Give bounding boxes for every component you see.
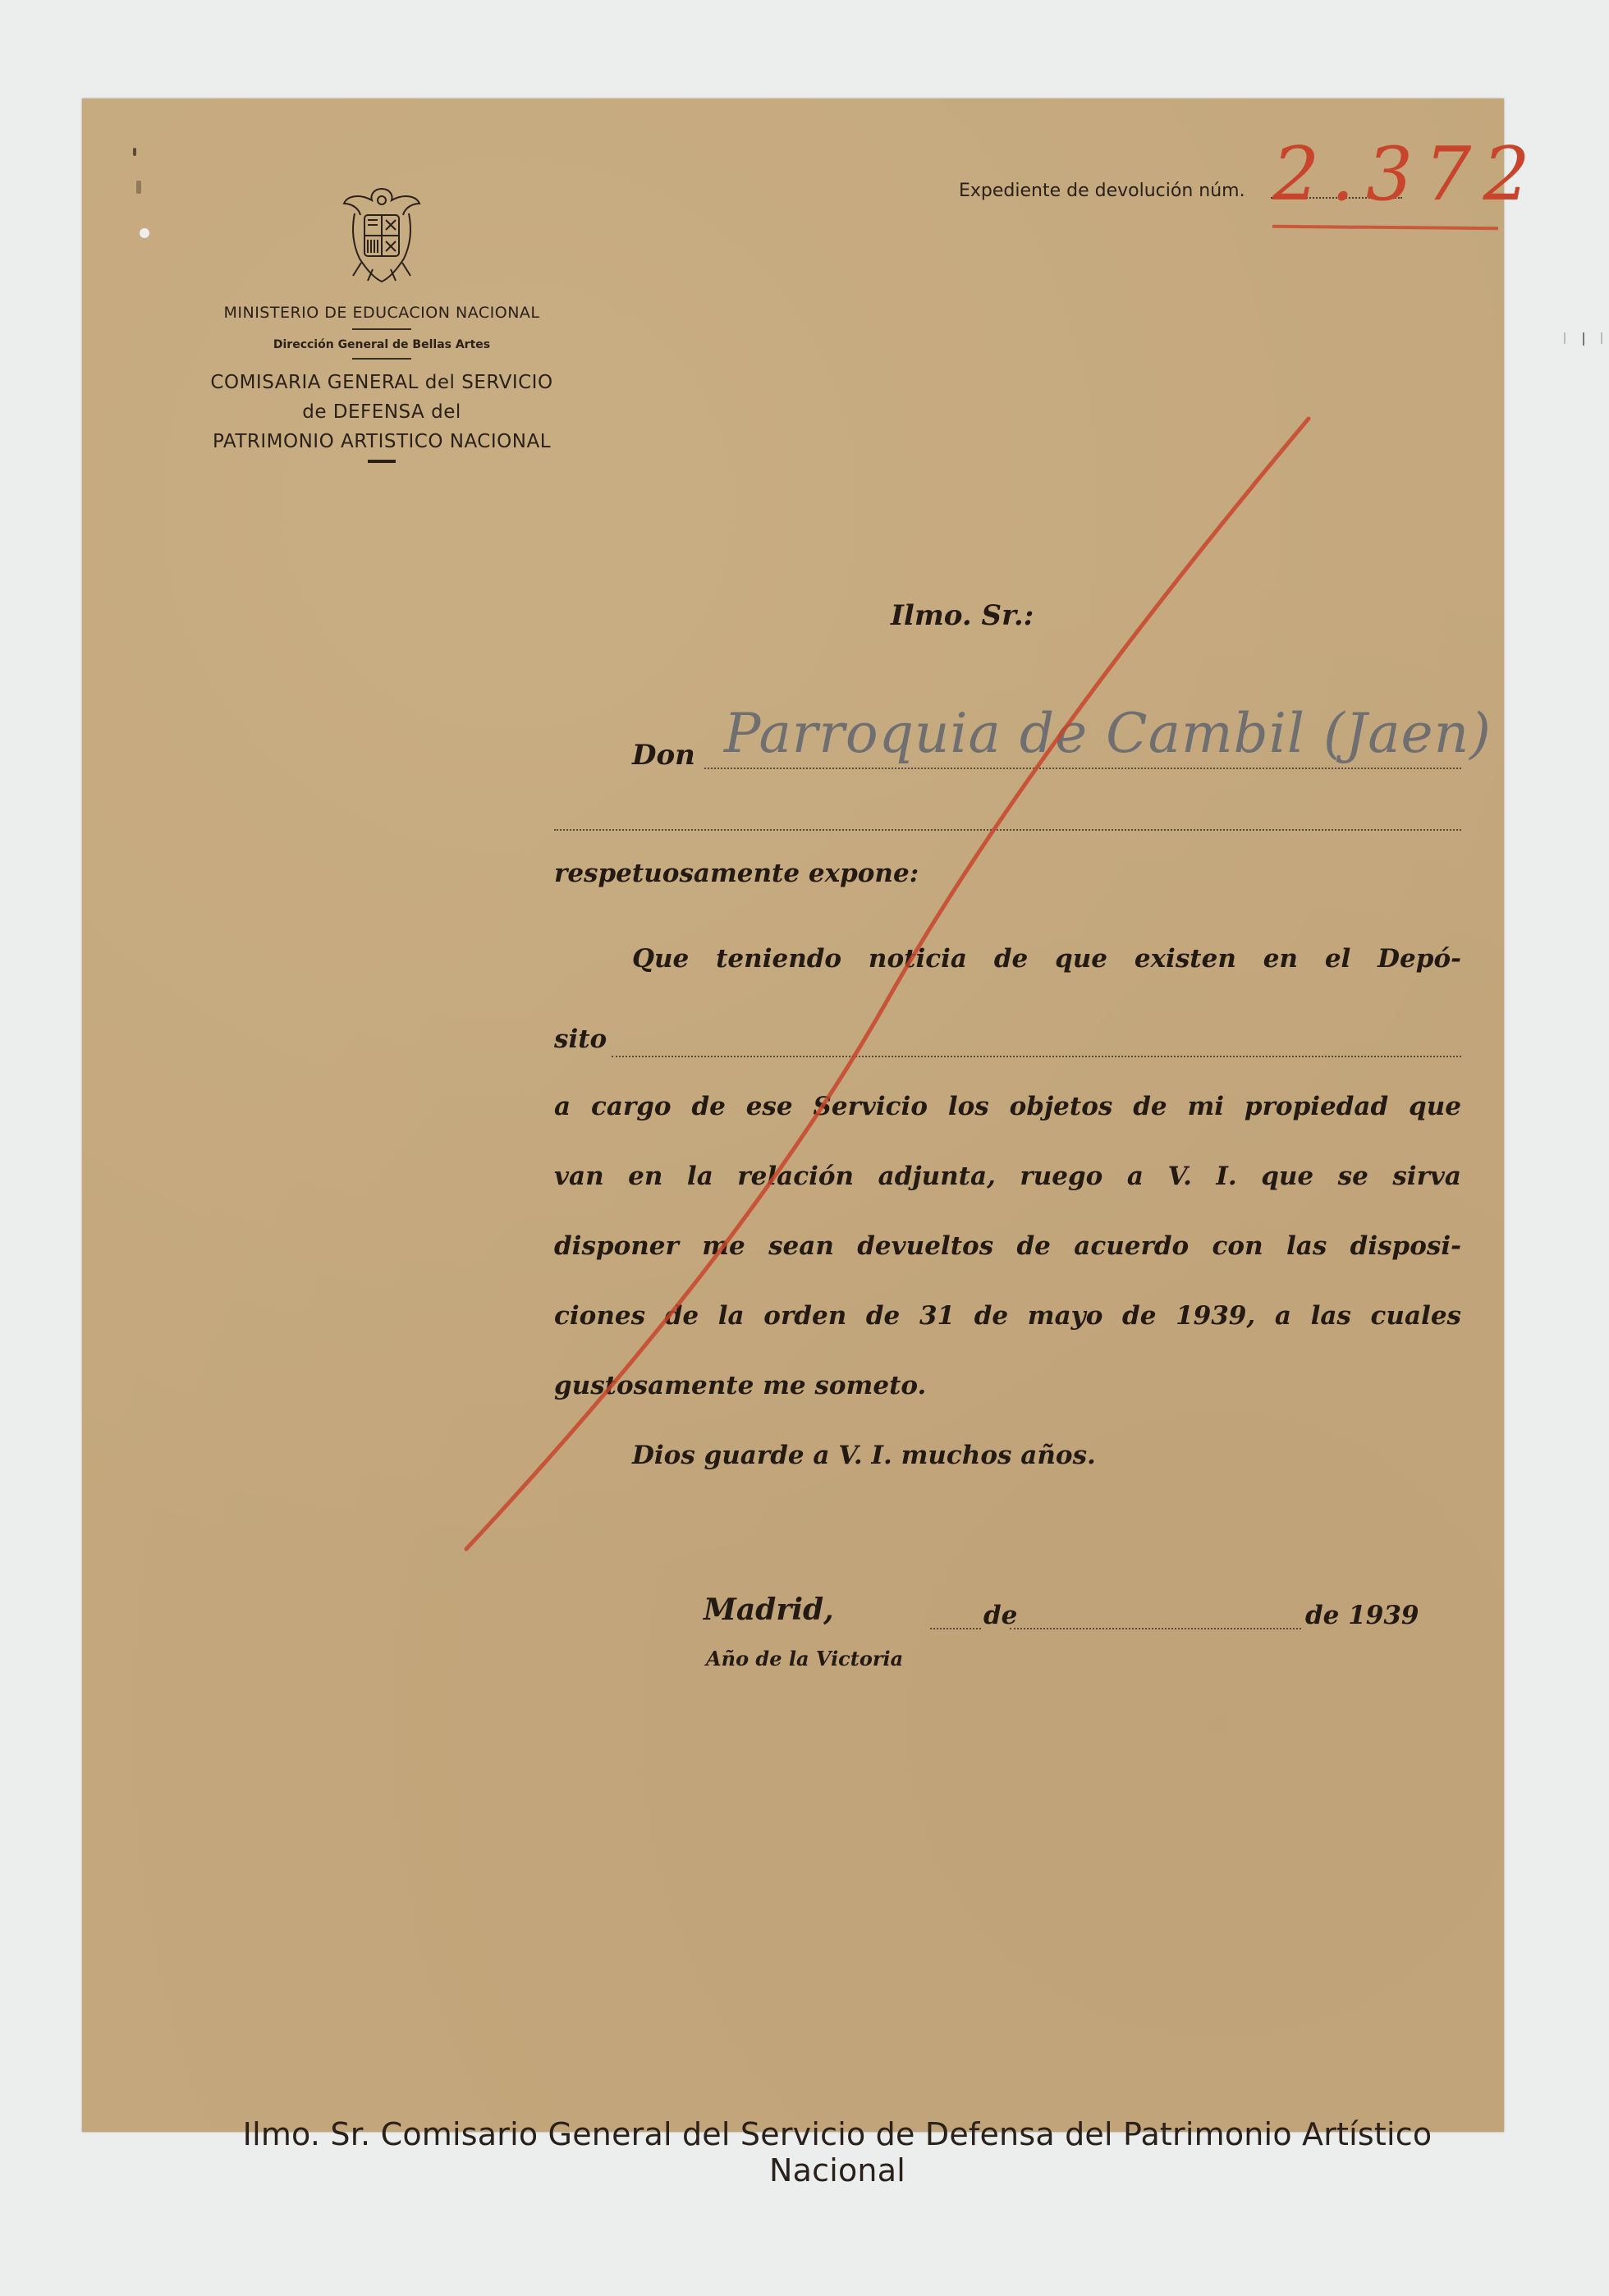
scan-mark [1564, 332, 1565, 344]
body-line: a cargo de ese Servicio los objetos de m… [554, 1092, 1461, 1121]
scan-mark [1601, 332, 1602, 344]
salutation: Ilmo. Sr.: [891, 599, 1034, 632]
body-line: Que teniendo noticia de que existen en e… [632, 944, 1461, 974]
date-year: de 1939 [1305, 1601, 1419, 1630]
binding-hole [140, 228, 149, 238]
closing: Dios guarde a V. I. muchos años. [632, 1441, 1096, 1470]
don-dotted-line [704, 768, 1461, 769]
letterhead: MINISTERIO DE EDUCACION NACIONAL Direcci… [189, 304, 575, 463]
motto: Año de la Victoria [706, 1647, 903, 1670]
expediente-number: 2.372 [1272, 131, 1542, 218]
comisaria-line: de DEFENSA del [189, 397, 575, 427]
petitioner-name-field[interactable]: Parroquia de Cambil (Jaen) [724, 702, 1492, 765]
comisaria-line: COMISARIA GENERAL del SERVICIO [189, 368, 575, 397]
comisaria-line: PATRIMONIO ARTISTICO NACIONAL [189, 427, 575, 456]
date-city: Madrid, [704, 1593, 834, 1627]
body-line: ciones de la orden de 31 de mayo de 1939… [554, 1301, 1461, 1331]
divider [352, 328, 411, 330]
ministry-name: MINISTERIO DE EDUCACION NACIONAL [189, 304, 575, 322]
body-line: disponer me sean devueltos de acuerdo co… [554, 1231, 1461, 1261]
expediente-underline [1272, 225, 1498, 230]
body-line: van en la relación adjunta, ruego a V. I… [554, 1162, 1461, 1191]
divider [352, 358, 411, 360]
body-intro: respetuosamente expone: [554, 859, 919, 888]
body-line: gustosamente me someto. [554, 1371, 926, 1400]
document-page: MINISTERIO DE EDUCACION NACIONAL Direcci… [82, 99, 1504, 2132]
don-dotted-line-2 [554, 829, 1461, 831]
scan-mark [1583, 332, 1584, 346]
footer-addressee: Ilmo. Sr. Comisario General del Servicio… [197, 2116, 1478, 2188]
direccion-name: Dirección General de Bellas Artes [189, 338, 575, 351]
date-de: de [983, 1601, 1017, 1630]
expediente-label: Expediente de devolución núm. [959, 181, 1245, 201]
binding-hole-mark [136, 181, 141, 194]
date-month-field[interactable] [1010, 1628, 1301, 1629]
body-line: sito [554, 1024, 607, 1054]
coat-of-arms-icon [337, 181, 427, 287]
divider [368, 460, 396, 463]
binding-hole-mark [133, 148, 136, 156]
deposito-field[interactable] [612, 1056, 1461, 1057]
date-day-field[interactable] [930, 1628, 981, 1629]
don-label: Don [632, 739, 695, 772]
